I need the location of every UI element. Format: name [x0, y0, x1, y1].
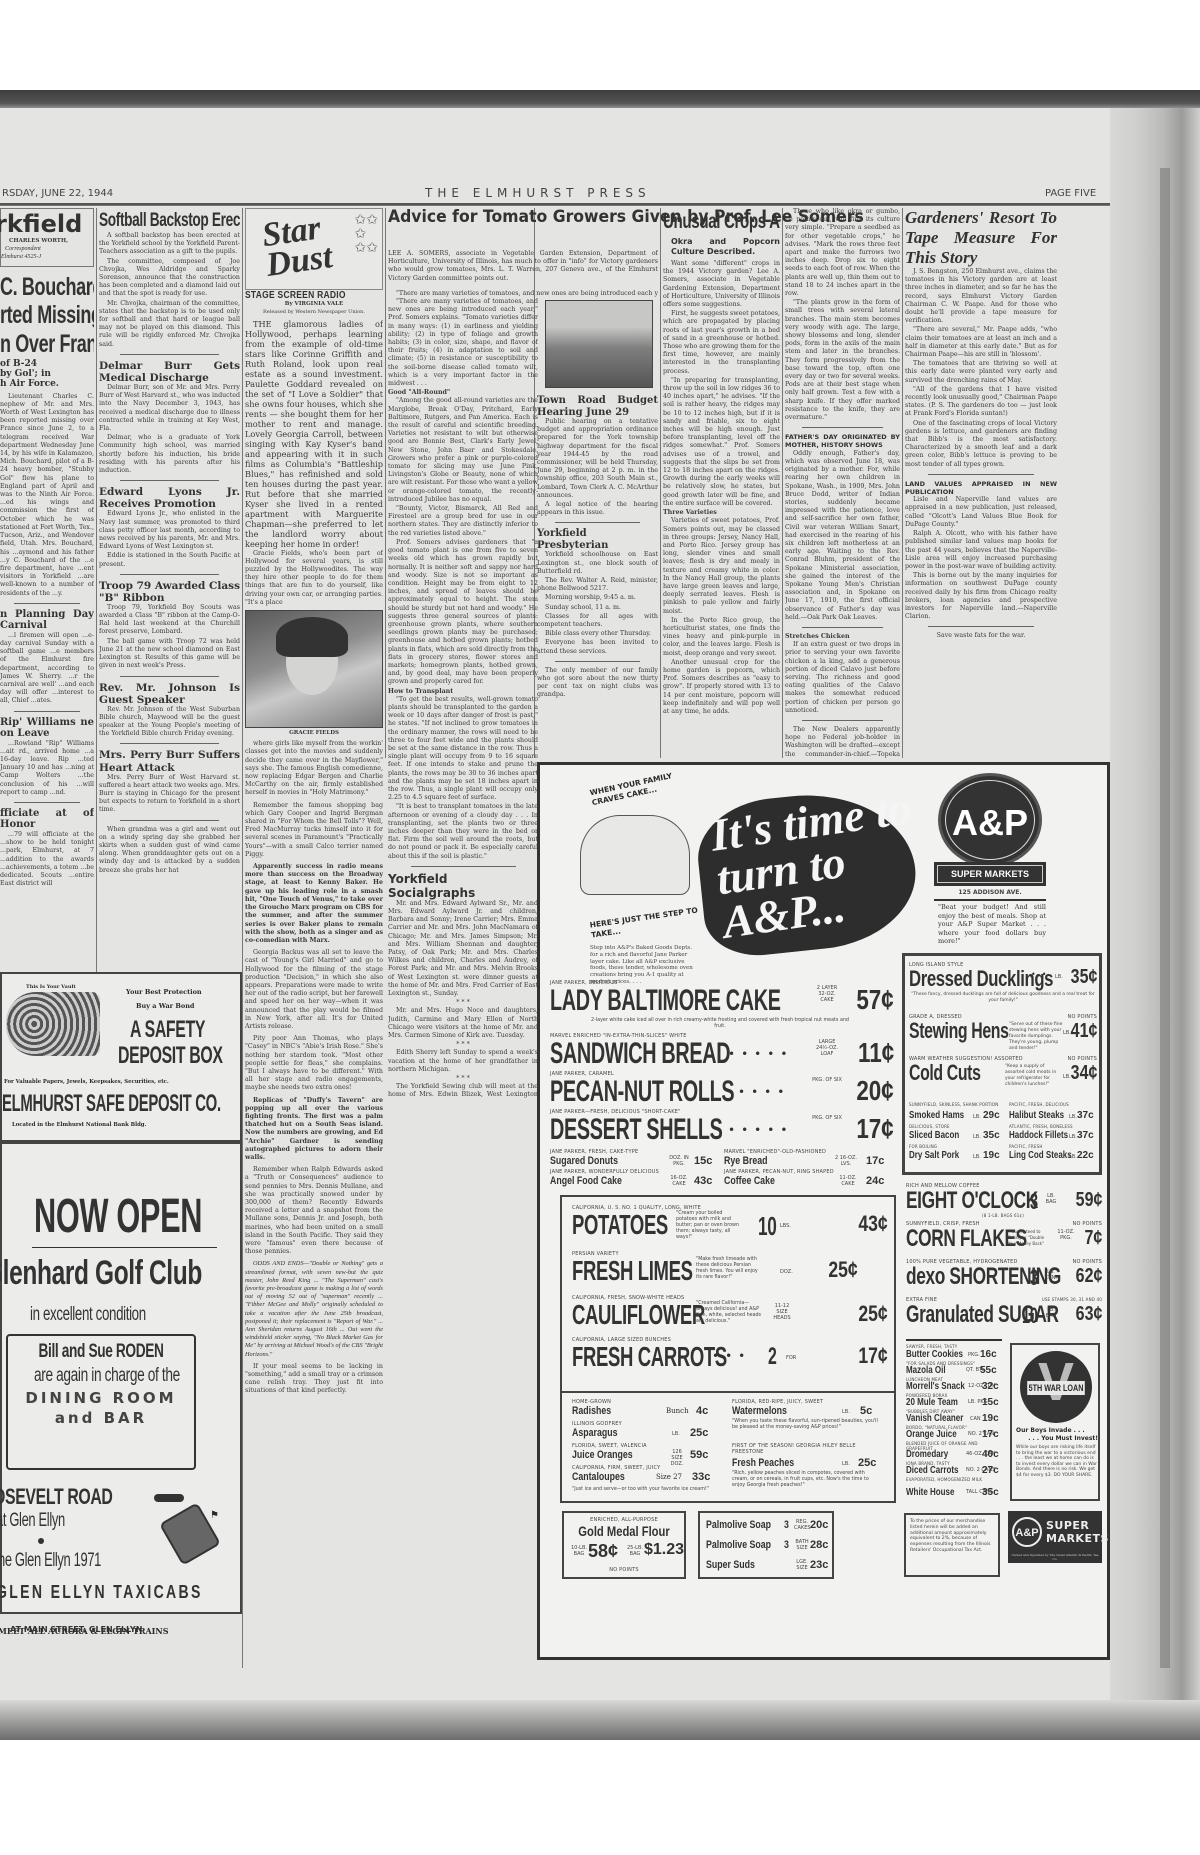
family-illustration [580, 815, 690, 895]
stardust-logo: Star Dust ✩✩✩✩✩ [245, 208, 383, 290]
item-dessert-shells: JANE PARKER—FRESH, DELICIOUS "SHORT-CAKE… [550, 1109, 894, 1145]
scanned-newspaper-page: RSDAY, JUNE 22, 1944 THE ELMHURST PRESS … [0, 0, 1200, 1855]
headline-stretches-chicken: Stretches Chicken [785, 633, 900, 641]
headline-delmar-burr: Delmar Burr Gets Medical Discharge [99, 360, 240, 384]
headline-presbyterian: Yorkfield Presbyterian [537, 528, 658, 551]
gracie-fields-photo [245, 610, 383, 728]
headline-unusual-crops: Unusual Crops Are Fun for Gardeners [663, 210, 747, 234]
item-cauliflower: CALIFORNIA, FRESH, SNOW-WHITE HEADS CAUL… [572, 1295, 888, 1335]
dining-box: Bill and Sue RODEN are again in charge o… [6, 1334, 196, 1470]
item-gold-medal-flour: ENRICHED, ALL-PURPOSE Gold Medal Flour 1… [562, 1511, 686, 1579]
victory-garden-photo [545, 300, 653, 388]
item-eight-oclock-coffee: RICH AND MELLOW COFFEE EIGHT O'CLOCK 3 L… [906, 1183, 1102, 1213]
produce-small-items: HOME-GROWN Radishes Bunch 4c FLORIDA, RE… [560, 1393, 896, 1503]
item-stewing-hens: GRADE A, DRESSED No Points Stewing Hens … [909, 1014, 1097, 1056]
item-dexo-shortening: 100% PURE VEGETABLE, HYDROGENATED No Poi… [906, 1259, 1102, 1289]
item-fresh-limes: PERSIAN VARIETY FRESH LIMES "Make fresh … [572, 1251, 888, 1291]
ap-logo: A&P [938, 773, 1042, 867]
tomato-article-headline: Advice for Tomato Growers Given by Prof.… [388, 208, 658, 238]
paper-name: THE ELMHURST PRESS [425, 186, 651, 200]
yorkfield-title: rkfield [0, 211, 91, 237]
stars-icon: ✩✩✩✩✩ [355, 213, 378, 255]
scan-bottom-shadow [0, 1700, 1200, 1740]
vault-door-icon [6, 992, 100, 1056]
victory-v-icon: V 5TH WAR LOAN [1020, 1351, 1092, 1423]
binding-edge [1110, 108, 1200, 1740]
headline-carnival: n Planning Day Carnival [0, 609, 94, 632]
headline-troop-79: Troop 79 Awarded Class "B" Ribbon [99, 580, 240, 604]
column-gardeners-resort: Gardeners' Resort To Tape Measure For Th… [905, 208, 1057, 758]
column-town-road: Town Road Budget Hearing June 29 Public … [537, 395, 658, 755]
ad-safety-deposit: This Is Your Vault Your Best Protection … [0, 972, 242, 1142]
column-okra: Those who like okra or gumbo, he points … [785, 208, 900, 758]
ap-footer-logo: A&P SUPER MARKETS Owned and Operated by … [1008, 1511, 1102, 1563]
meats-box: LONG ISLAND STYLE Dressed Ducklings •• L… [902, 953, 1102, 1175]
headline-bouchard: C. Bouchard [0, 273, 68, 301]
item-dressed-ducklings: LONG ISLAND STYLE Dressed Ducklings •• L… [909, 962, 1097, 1010]
grocery-small-list: SAWYER, FRESH, TASTY Butter Cookies PKG.… [906, 1339, 1002, 1499]
headline-gardeners-resort: Gardeners' Resort To Tape Measure For Th… [905, 208, 1057, 268]
headline-honor: fficiate at of Honor [0, 808, 94, 831]
now-open-label: NOW OPEN [34, 1189, 202, 1244]
headline-tomato: Advice for Tomato Growers Given by Prof.… [388, 208, 636, 227]
war-loan-box: V 5TH WAR LOAN Our Boys Invade . . . . .… [1010, 1343, 1100, 1501]
column-divider [660, 208, 661, 758]
column-stardust: Star Dust ✩✩✩✩✩ STAGE SCREEN RADIO By VI… [245, 208, 383, 1668]
headline-socialgraphs: Yorkfield Socialgraphs [388, 872, 538, 900]
column-yorkfield-news: Softball Backstop Erected at School A so… [99, 208, 240, 972]
headline-land-values: LAND VALUES APPRAISED IN NEW PUBLICATION [905, 480, 1057, 496]
masthead: RSDAY, JUNE 22, 1944 THE ELMHURST PRESS … [0, 188, 1110, 202]
headline-rip-williams: Rip' Williams ne on Leave [0, 717, 94, 740]
item-granulated-sugar: EXTRA FINE Use Stamps 30, 31 and 40 Gran… [906, 1297, 1102, 1327]
tax-note: To the prices of our merchandise listed … [904, 1513, 1000, 1577]
tomato-article-body: "There are many varieties of tomatoes, a… [388, 298, 538, 1100]
item-cold-cuts: WARM WEATHER SUGGESTION! ASSORTED No Poi… [909, 1056, 1097, 1098]
slogan-text: It's time to turn to A&P... [708, 785, 934, 945]
column-divider [242, 208, 243, 1668]
masthead-rule [0, 203, 1110, 206]
headline-town-road: Town Road Budget Hearing June 29 [537, 395, 658, 418]
column-yorkfield: rkfield CHARLES WORTH, Correspondent Elm… [0, 208, 94, 972]
issue-date: RSDAY, JUNE 22, 1944 [2, 188, 113, 199]
bakery-small-items: JANE PARKER, FRESH, CAKE-TYPE Sugared Do… [550, 1149, 894, 1189]
headline-perry-burr: Mrs. Perry Burr Suffers Heart Attack [99, 749, 240, 773]
item-fresh-carrots: CALIFORNIA, LARGE SIZED BUNCHES FRESH CA… [572, 1337, 888, 1377]
item-corn-flakes: SUNNYFIELD, CRISP, FRESH No Points CORN … [906, 1221, 1102, 1251]
item-pecan-nut-rolls: JANE PARKER, CARAMEL PECAN-NUT ROLLS •••… [550, 1071, 894, 1107]
photo-caption: GRACIE FIELDS [245, 729, 383, 737]
page-number: PAGE FIVE [1045, 188, 1096, 199]
headline-softball: Softball Backstop Erected at School [99, 210, 201, 232]
column-unusual-crops: Unusual Crops Are Fun for Gardeners Okra… [663, 208, 780, 758]
golf-bag-icon: ⚑ [144, 1490, 224, 1564]
ad-ap-super-markets: WHEN YOUR FAMILY CRAVES CAKE... It's tim… [537, 762, 1110, 1660]
column-divider [782, 208, 783, 758]
column-divider [902, 208, 903, 758]
column-divider [96, 208, 97, 972]
item-potatoes: CALIFORNIA, U. S. NO. 1 QUALITY, LONG, W… [572, 1205, 888, 1245]
soap-box: Palmolive Soap 3 REG. CAKES 20c Palmoliv… [698, 1511, 834, 1579]
headline-fathers-day: FATHER'S DAY ORIGINATED BY MOTHER, HISTO… [785, 433, 900, 449]
headline-rev-johnson: Rev. Mr. Johnson Is Guest Speaker [99, 682, 240, 706]
item-sandwich-bread: MARVEL ENRICHED "IN-EXTRA-THIN-SLICES" W… [550, 1033, 894, 1069]
ad-golf-club: NOW OPEN Glenhard Golf Club in excellent… [0, 1142, 242, 1614]
column-divider [385, 208, 386, 758]
meats-small-items: SUNNYFIELD, SKINLESS, SHANK PORTION Smok… [909, 1102, 1097, 1172]
item-lady-baltimore-cake: JANE PARKER, DELICIOUS LADY BALTIMORE CA… [550, 980, 894, 1016]
headline-edward-lyons: Edward Lyons Jr. Receives Promotion [99, 486, 240, 510]
produce-box: CALIFORNIA, U. S. NO. 1 QUALITY, LONG, W… [560, 1195, 896, 1393]
